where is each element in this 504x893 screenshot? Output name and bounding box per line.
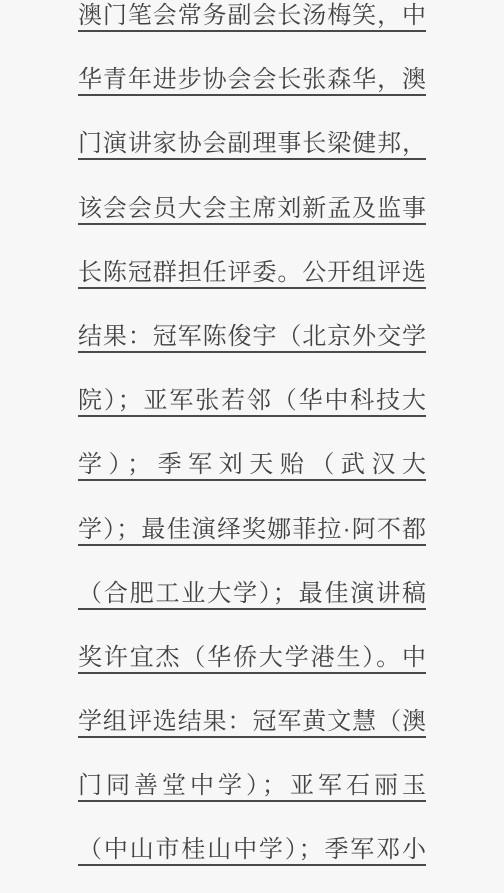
text-line: 院）；亚军张若邻（华中科技大 [78, 387, 426, 417]
text-line: （合肥工业大学）；最佳演讲稿 [78, 580, 426, 610]
text-line: 学组评选结果：冠军黄文慧（澳 [78, 708, 426, 738]
text-line: 学）；最佳演绎奖娜菲拉·阿不都 [78, 516, 426, 546]
text-line: 结果：冠军陈俊宇（北京外交学 [78, 323, 426, 353]
text-line: 该会会员大会主席刘新孟及监事 [78, 195, 426, 225]
text-line: （中山市桂山中学）；季军邓小 [78, 836, 426, 866]
text-line: 长陈冠群担任评委。公开组评选 [78, 259, 426, 289]
document-page: { "doc": { "description": "justified und… [0, 0, 504, 893]
article-text-block: 澳门笔会常务副会长汤梅笑，中 华青年进步协会会长张森华，澳 门演讲家协会副理事长… [0, 0, 504, 866]
text-line: 学）；季军刘天贻（武汉大 [78, 451, 426, 481]
text-line: 门同善堂中学）；亚军石丽玉 [78, 772, 426, 802]
text-line: 奖许宜杰（华侨大学港生）。中 [78, 644, 426, 674]
text-line: 澳门笔会常务副会长汤梅笑，中 [78, 2, 426, 32]
text-line: 门演讲家协会副理事长梁健邦， [78, 130, 426, 160]
text-line: 华青年进步协会会长张森华，澳 [78, 66, 426, 96]
